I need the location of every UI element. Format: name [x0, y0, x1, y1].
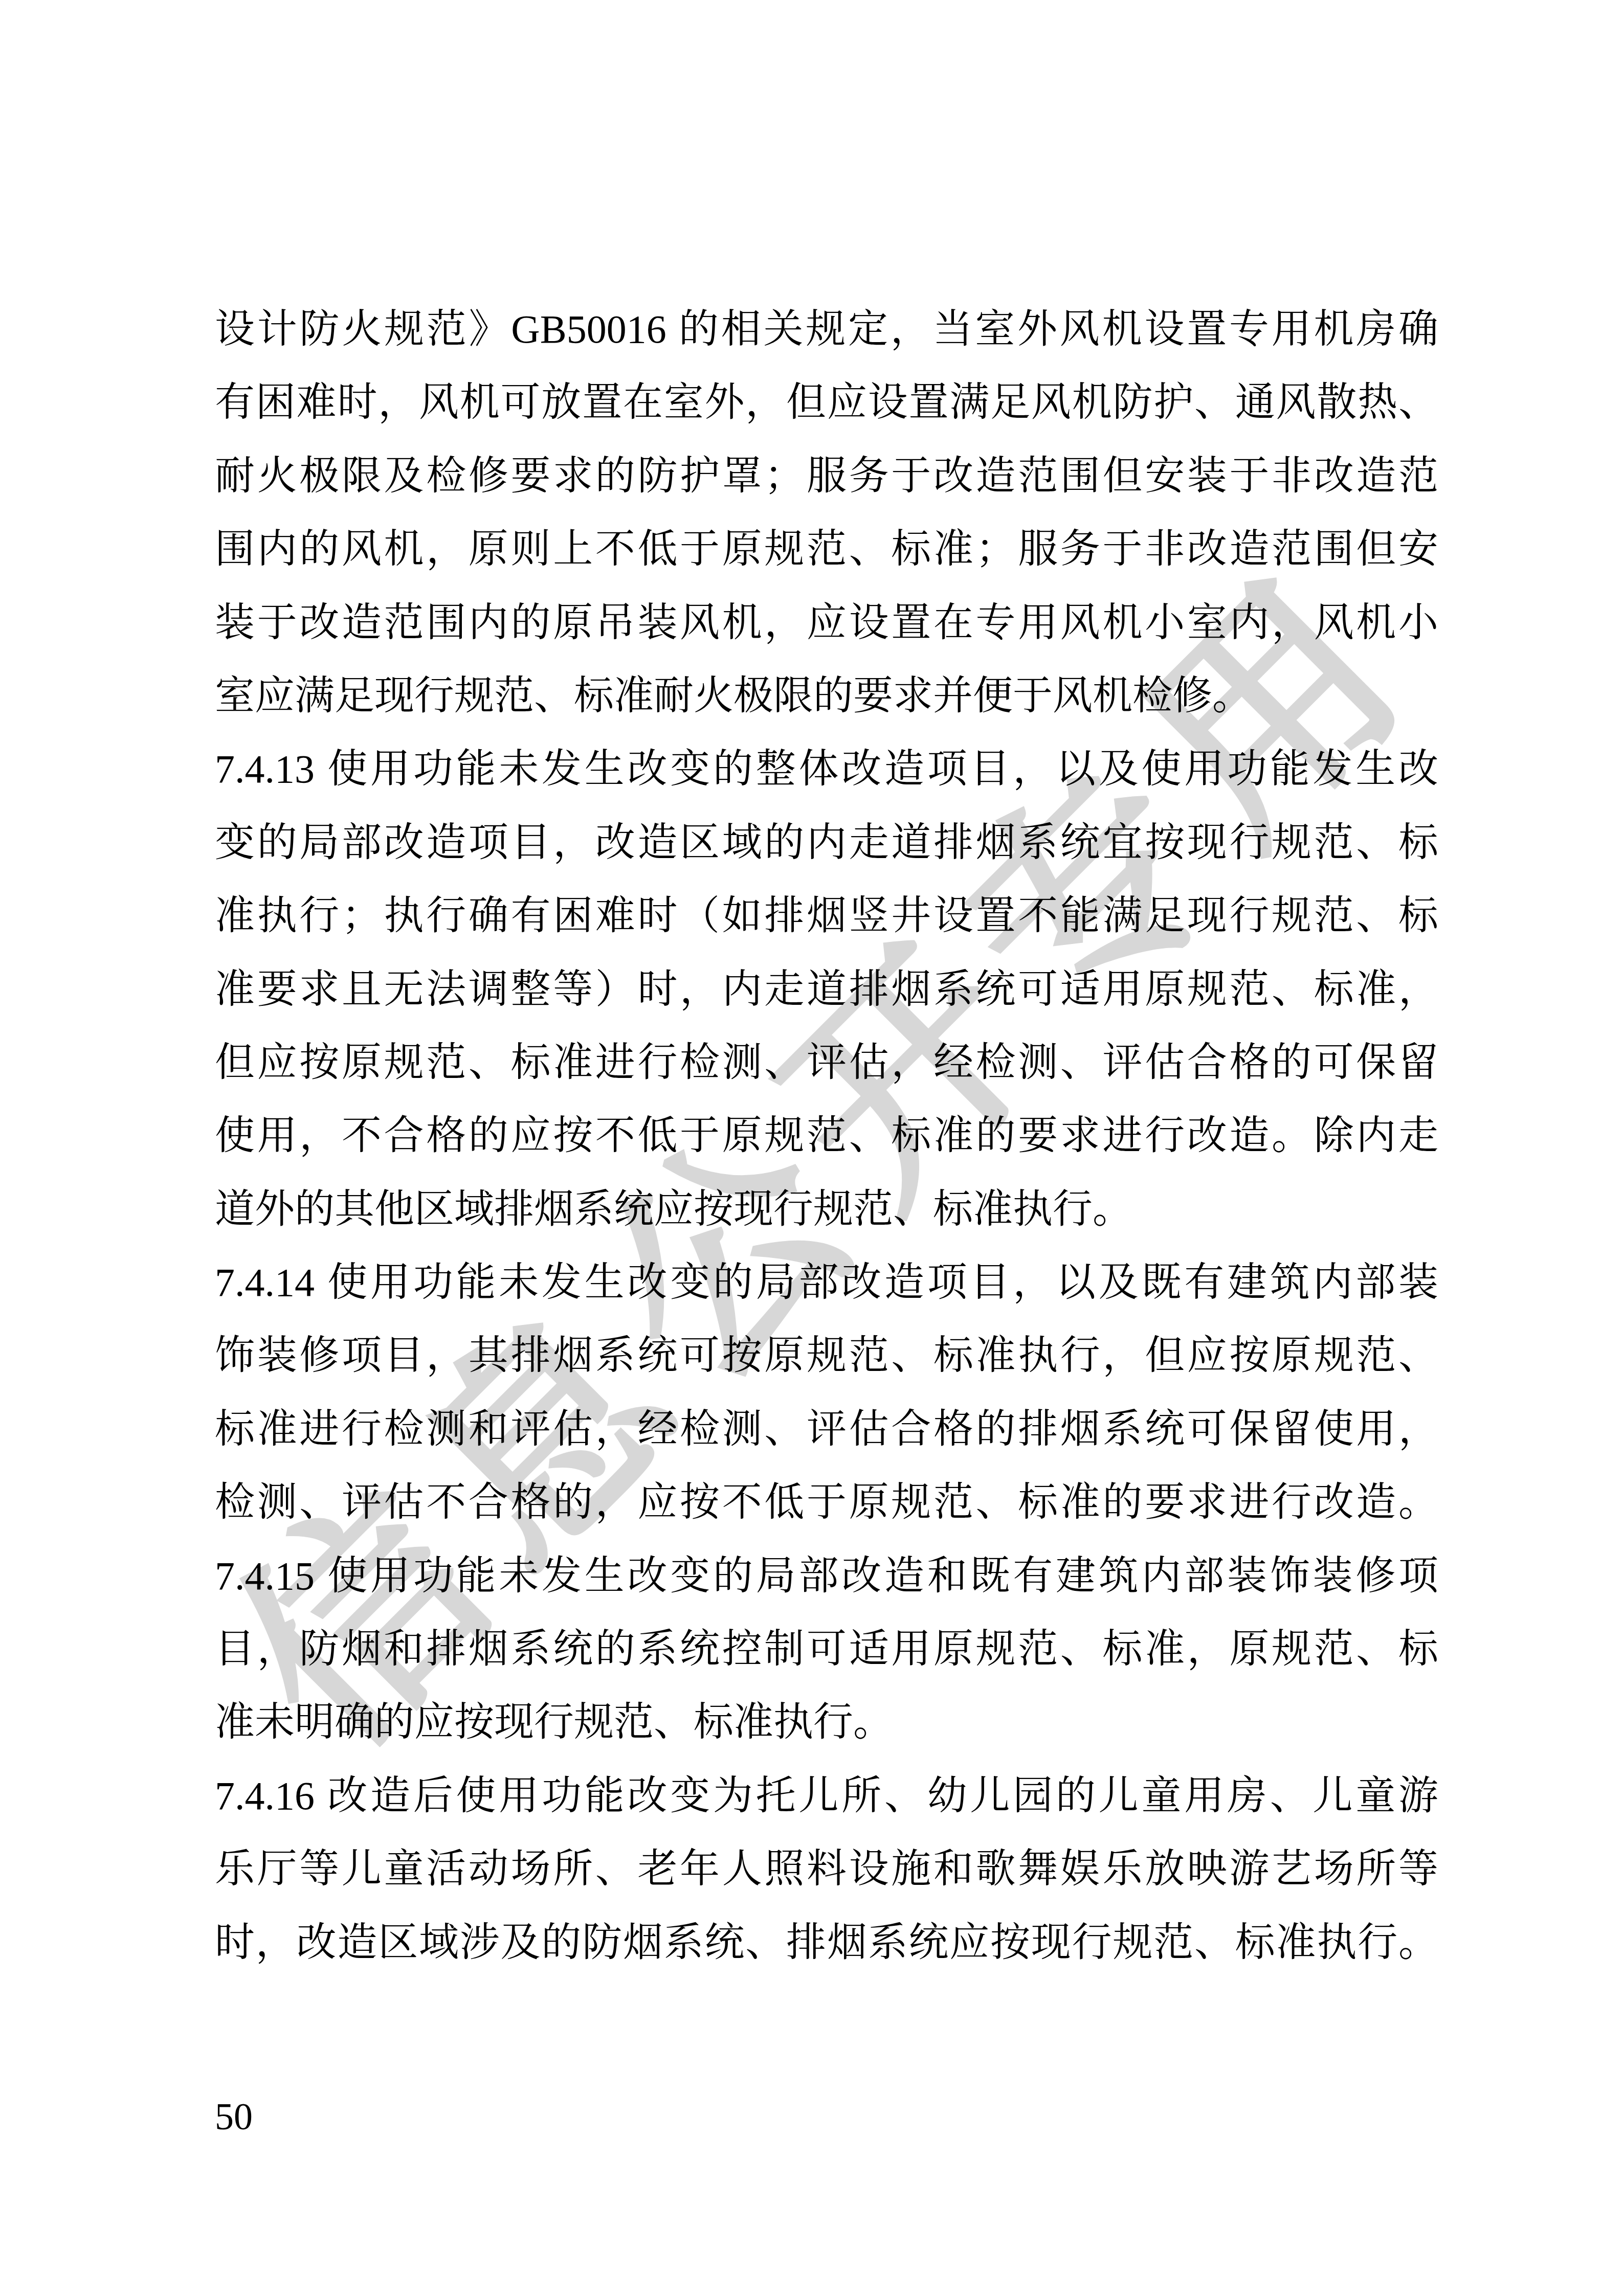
text-line: 准未明确的应按现行规范、标准执行。: [215, 1685, 1438, 1759]
text-line: 7.4.14 使用功能未发生改变的局部改造项目，以及既有建筑内部装: [215, 1246, 1438, 1319]
text-line: 准要求且无法调整等）时，内走道排烟系统可适用原规范、标准，: [215, 953, 1438, 1026]
page-number: 50: [215, 2089, 253, 2145]
text-line: 7.4.16 改造后使用功能改变为托儿所、幼儿园的儿童用房、儿童游: [215, 1759, 1438, 1832]
text-line: 道外的其他区域排烟系统应按现行规范、标准执行。: [215, 1173, 1438, 1246]
text-line: 变的局部改造项目，改造区域的内走道排烟系统宜按现行规范、标: [215, 806, 1438, 879]
text-line: 7.4.15 使用功能未发生改变的局部改造和既有建筑内部装饰装修项: [215, 1539, 1438, 1612]
text-line: 围内的风机，原则上不低于原规范、标准；服务于非改造范围但安: [215, 512, 1438, 586]
text-line: 使用，不合格的应按不低于原规范、标准的要求进行改造。除内走: [215, 1099, 1438, 1172]
text-line: 但应按原规范、标准进行检测、评估，经检测、评估合格的可保留: [215, 1026, 1438, 1099]
text-line: 饰装修项目，其排烟系统可按原规范、标准执行，但应按原规范、: [215, 1319, 1438, 1392]
text-line: 室应满足现行规范、标准耐火极限的要求并便于风机检修。: [215, 659, 1438, 732]
text-line: 耐火极限及检修要求的防护罩；服务于改造范围但安装于非改造范: [215, 439, 1438, 512]
text-line: 装于改造范围内的原吊装风机，应设置在专用风机小室内，风机小: [215, 586, 1438, 659]
text-line: 乐厅等儿童活动场所、老年人照料设施和歌舞娱乐放映游艺场所等: [215, 1832, 1438, 1905]
text-line: 准执行；执行确有困难时（如排烟竖井设置不能满足现行规范、标: [215, 879, 1438, 952]
text-line: 有困难时，风机可放置在室外，但应设置满足风机防护、通风散热、: [215, 366, 1438, 439]
text-line: 目，防烟和排烟系统的系统控制可适用原规范、标准，原规范、标: [215, 1612, 1438, 1685]
text-line: 检测、评估不合格的，应按不低于原规范、标准的要求进行改造。: [215, 1466, 1438, 1539]
text-line: 7.4.13 使用功能未发生改变的整体改造项目，以及使用功能发生改: [215, 732, 1438, 805]
text-line: 时，改造区域涉及的防烟系统、排烟系统应按现行规范、标准执行。: [215, 1906, 1438, 1979]
text-body: 设计防火规范》GB50016 的相关规定，当室外风机设置专用机房确有困难时，风机…: [215, 292, 1438, 1979]
document-page: 信息公开专用 设计防火规范》GB50016 的相关规定，当室外风机设置专用机房确…: [0, 0, 1624, 2296]
text-line: 设计防火规范》GB50016 的相关规定，当室外风机设置专用机房确: [215, 292, 1438, 366]
text-line: 标准进行检测和评估，经检测、评估合格的排烟系统可保留使用，: [215, 1392, 1438, 1466]
